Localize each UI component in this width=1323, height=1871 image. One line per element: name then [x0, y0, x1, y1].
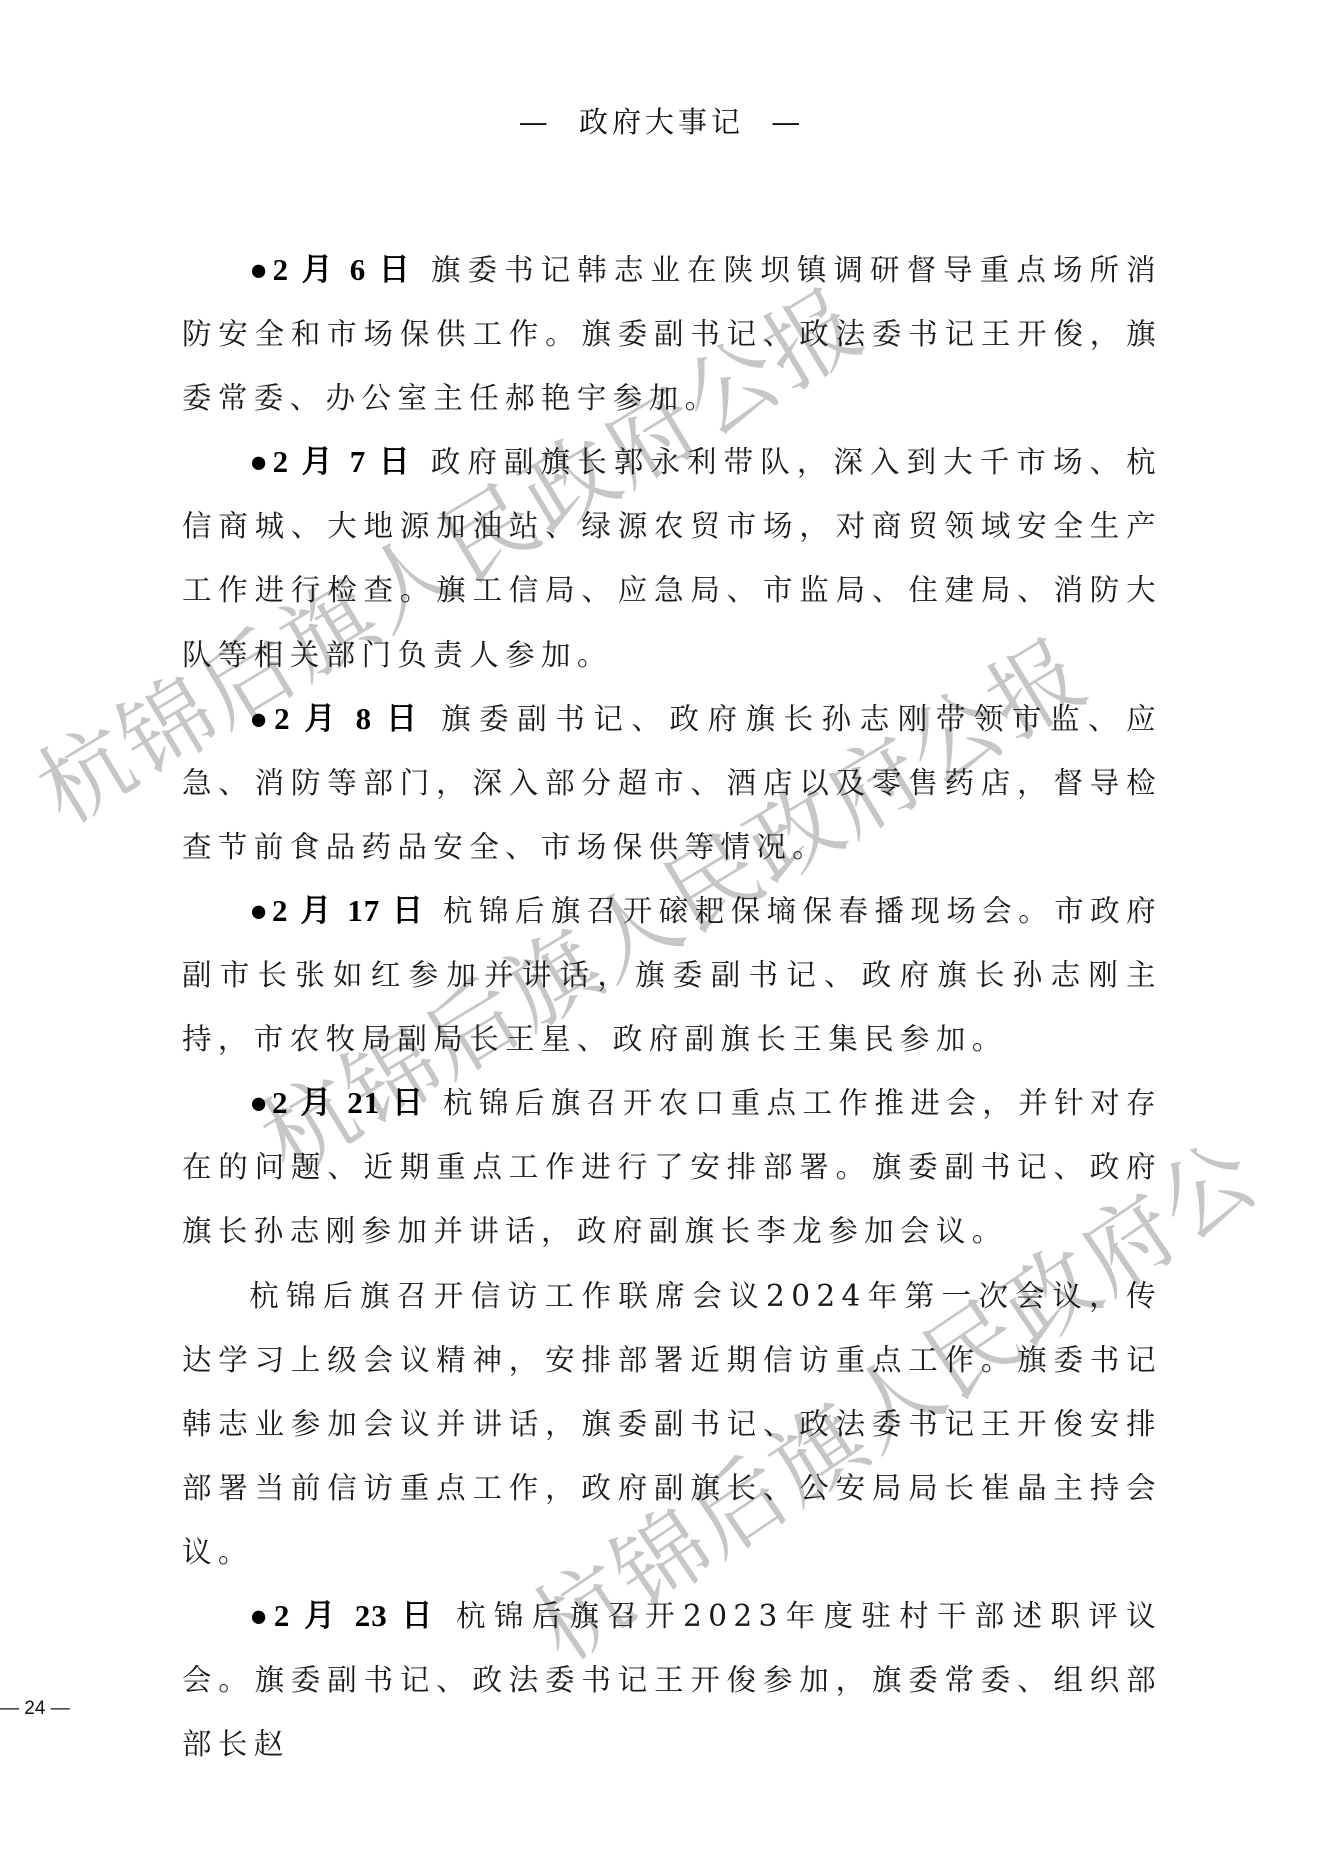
- entry-date: ●2 月 21 日: [249, 1085, 427, 1120]
- header-dash-left: —: [519, 102, 552, 142]
- event-log-body: ●2 月 6 日 旗委书记韩志业在陕坝镇调研督导重点场所消防安全和市场保供工作。…: [182, 238, 1162, 1776]
- event-entry: ●2 月 7 日 政府副旗长郭永利带队，深入到大千市场、杭信商城、大地源加油站、…: [182, 430, 1162, 686]
- event-entry: ●2 月 8 日 旗委副书记、政府旗长孙志刚带领市监、应急、消防等部门，深入部分…: [182, 687, 1162, 879]
- event-entry: ●2 月 21 日 杭锦后旗召开农口重点工作推进会，并针对存在的问题、近期重点工…: [182, 1071, 1162, 1263]
- event-entry: ●2 月 23 日 杭锦后旗召开2023年度驻村干部述职评议会。旗委副书记、政法…: [182, 1584, 1162, 1776]
- entry-date: ●2 月 17 日: [249, 893, 427, 928]
- bullet-icon: ●: [249, 701, 274, 736]
- running-header: — 政府大事记 —: [0, 102, 1323, 142]
- header-dash-right: —: [771, 102, 804, 142]
- document-page: — 政府大事记 — 杭锦后旗人民政府公报 杭锦后旗人民政府公报 杭锦后旗人民政府…: [0, 0, 1323, 1871]
- bullet-icon: ●: [249, 1085, 272, 1120]
- bullet-icon: ●: [249, 1598, 274, 1633]
- entry-date: ●2 月 23 日: [249, 1598, 438, 1633]
- bullet-icon: ●: [249, 893, 272, 928]
- entry-date: ●2 月 7 日: [249, 444, 414, 479]
- page-number: — 24 —: [0, 1698, 70, 1720]
- section-title: 政府大事记: [579, 105, 744, 139]
- bullet-icon: ●: [249, 252, 272, 287]
- event-entry: ●2 月 17 日 杭锦后旗召开磙耙保墒保春播现场会。市政府副市长张如红参加并讲…: [182, 879, 1162, 1071]
- entry-text: 杭锦后旗召开信访工作联席会议2024年第一次会议，传达学习上级会议精神，安排部署…: [182, 1279, 1162, 1569]
- bullet-icon: ●: [249, 444, 272, 479]
- event-entry-continuation: 杭锦后旗召开信访工作联席会议2024年第一次会议，传达学习上级会议精神，安排部署…: [182, 1264, 1162, 1584]
- entry-date: ●2 月 8 日: [249, 701, 423, 736]
- entry-date: ●2 月 6 日: [249, 252, 414, 287]
- event-entry: ●2 月 6 日 旗委书记韩志业在陕坝镇调研督导重点场所消防安全和市场保供工作。…: [182, 238, 1162, 430]
